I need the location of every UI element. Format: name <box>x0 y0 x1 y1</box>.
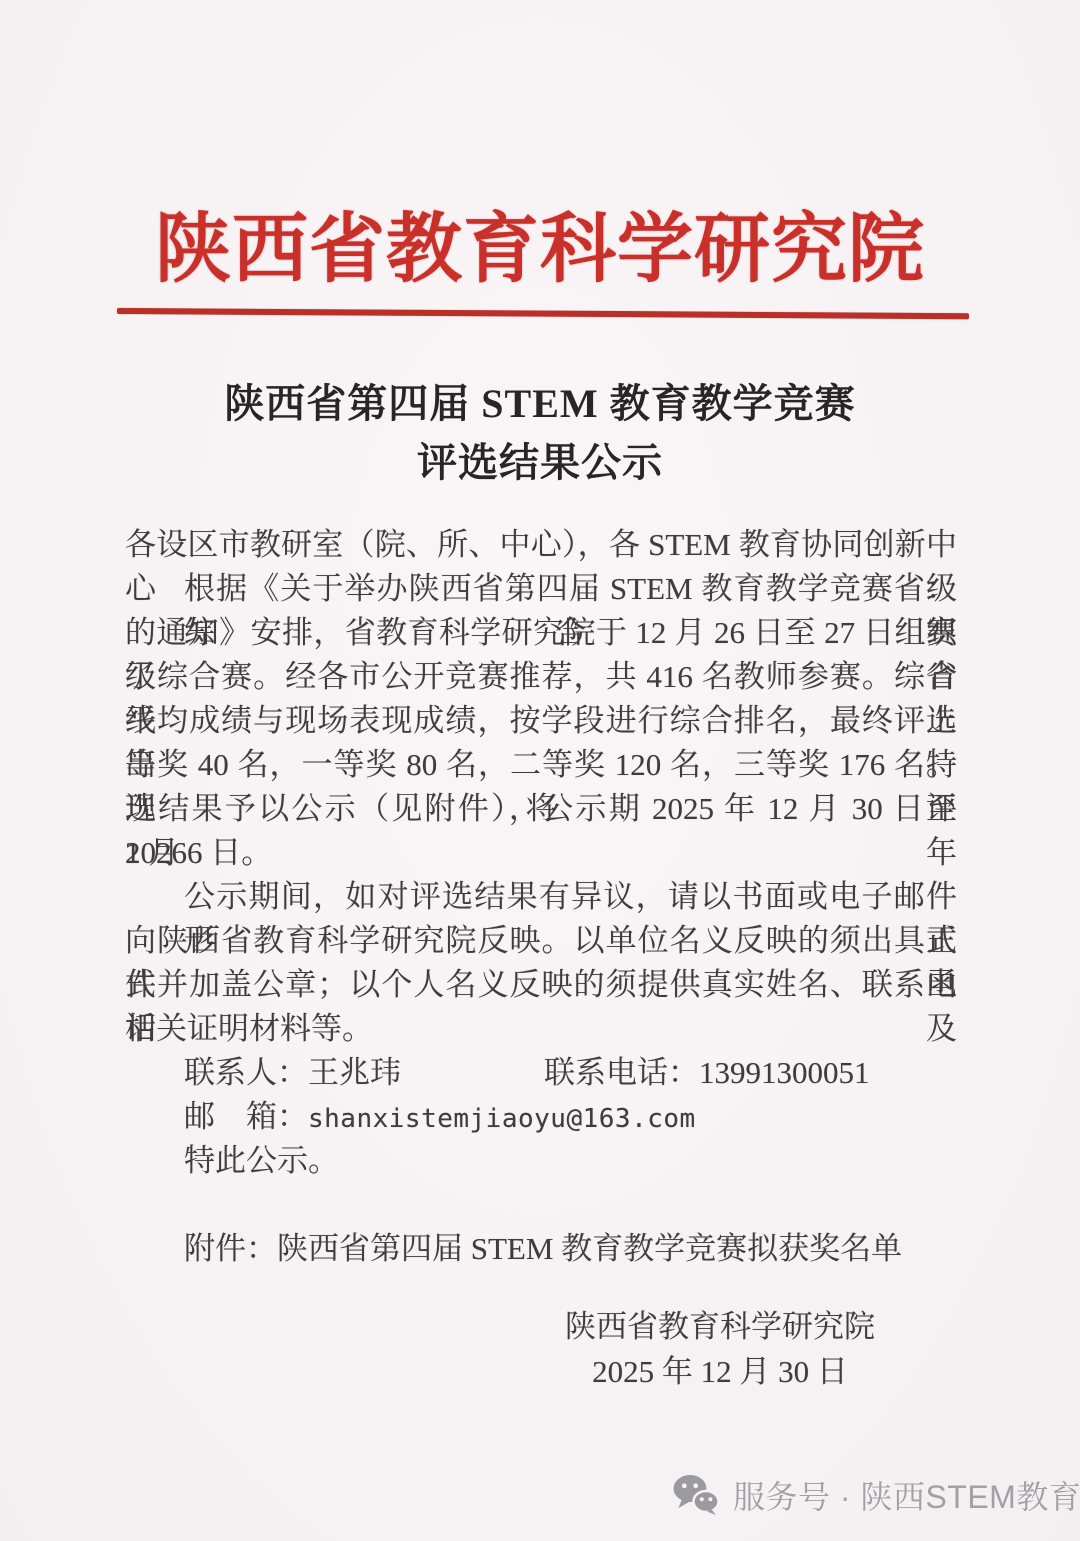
document-body: 各设区市教研室（院、所、中心），各 STEM 教育协同创新中心： 根据《关于举办… <box>125 523 957 1271</box>
contact-email-line: 邮 箱：shanxistemjiaoyu@163.com <box>125 1095 957 1139</box>
signature-date: 2025 年 12 月 30 日 <box>539 1349 901 1394</box>
contact-phone-number: 13991300051 <box>699 1055 870 1090</box>
signature-org-name: 陕西省教育科学研究院 <box>539 1304 901 1349</box>
signature-block: 陕西省教育科学研究院 2025 年 12 月 30 日 <box>539 1304 901 1394</box>
contact-phone-label: 联系电话： <box>544 1055 699 1090</box>
letterhead-divider-rule <box>117 308 969 319</box>
contact-line: 联系人：王兆玮 联系电话：13991300051 <box>125 1051 957 1095</box>
letterhead-org-name: 陕西省教育科学研究院 <box>0 188 1080 297</box>
service-account-watermark: 服务号 · 陕西STEM教育 <box>672 1470 1080 1520</box>
body-line: 等奖 40 名，一等奖 80 名，二等奖 120 名，三等奖 176 名。现将评 <box>125 743 957 787</box>
body-line-salutation: 各设区市教研室（院、所、中心），各 STEM 教育协同创新中心： <box>125 523 957 567</box>
body-line: 件并加盖公章；以个人名义反映的须提供真实姓名、联系电话及 <box>125 963 957 1007</box>
document-page: 陕西省教育科学研究院 陕西省第四届 STEM 教育教学竞赛 评选结果公示 各设区… <box>0 0 1080 1541</box>
body-line: 平均成绩与现场表现成绩，按学段进行综合排名，最终评选出特 <box>125 699 957 743</box>
wechat-icon <box>672 1474 720 1516</box>
body-line: 选结果予以公示（见附件），公示期 2025 年 12 月 30 日至 2026 … <box>125 787 957 831</box>
document-title: 陕西省第四届 STEM 教育教学竞赛 评选结果公示 <box>0 374 1080 492</box>
body-line: 的通知》安排，省教育科学研究院于 12 月 26 日至 27 日组织了省 <box>125 611 957 655</box>
closing-line: 特此公示。 <box>125 1139 957 1183</box>
contact-email-label: 邮 箱： <box>184 1099 308 1134</box>
blank-line <box>125 1183 957 1227</box>
document-title-line1: 陕西省第四届 STEM 教育教学竞赛 <box>0 374 1080 433</box>
contact-email-address: shanxistemjiaoyu@163.com <box>308 1104 696 1134</box>
contact-phone: 联系电话：13991300051 <box>544 1051 870 1095</box>
contact-email: 邮 箱：shanxistemjiaoyu@163.com <box>184 1095 696 1141</box>
contact-person-label: 联系人： <box>184 1055 308 1090</box>
watermark-text: 服务号 · 陕西STEM教育 <box>733 1472 1080 1518</box>
body-line: 公示期间，如对评选结果有异议，请以书面或电子邮件形式 <box>125 875 957 919</box>
attachment-line: 附件：陕西省第四届 STEM 教育教学竞赛拟获奖名单 <box>125 1227 957 1271</box>
contact-person-name: 王兆玮 <box>308 1055 401 1090</box>
body-line: 向陕西省教育科学研究院反映。以单位名义反映的须出具正式函 <box>125 919 957 963</box>
document-title-line2: 评选结果公示 <box>0 433 1080 492</box>
body-line: 根据《关于举办陕西省第四届 STEM 教育教学竞赛省级综合赛 <box>125 567 957 611</box>
body-line: 级综合赛。经各市公开竞赛推荐，共 416 名教师参赛。综合线上 <box>125 655 957 699</box>
closing-text: 特此公示。 <box>184 1139 339 1183</box>
contact-person: 联系人：王兆玮 <box>184 1051 401 1095</box>
